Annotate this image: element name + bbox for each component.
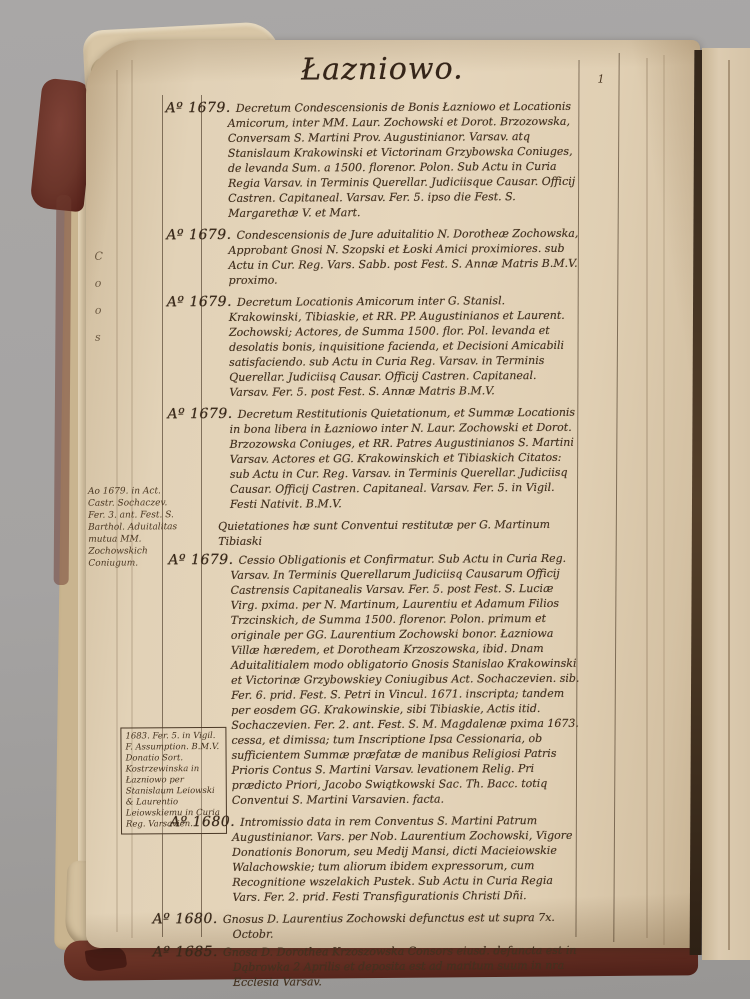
entry-text: Gnosus D. Laurentius Zochowski defunctus… [223,911,555,941]
edge-mark: C [94,250,110,263]
entry-text: Quietationes hæ sunt Conventui restitutæ… [218,518,550,548]
manuscript-entry: Aº 1679.Condescensionis de Jure aduitali… [166,226,578,289]
stray-ink-mark: 1 [597,73,604,86]
entry-year-label: Aº 1680. [170,814,235,830]
manuscript-entry: Aº 1679.Cessio Obligationis et Confirmat… [168,551,582,809]
manuscript-entry: Aº 1679.Decretum Restitutionis Quietatio… [167,405,580,513]
entry-year-label: Aº 1679. [166,227,231,243]
entry-text: Decretum Condescensionis de Bonis Łaznio… [228,100,576,220]
entry-year-label: Aº 1679. [166,100,231,116]
manuscript-entry: Aº 1679.Decretum Locationis Amicorum int… [167,293,580,401]
manuscript-photo: Łazniowo. 1 C o o s Ao 1679. in Act. Cas… [0,0,750,999]
entry-text: Gnosa D. Dorothea Krzoszowska Consors ei… [223,944,577,989]
page-edge-marks: C o o s [94,250,111,344]
entry-text: Condescensionis de Jure aduitalitio N. D… [228,227,578,287]
manuscript-entry: Aº 1679.Decretum Condescensionis de Boni… [166,99,579,222]
manuscript-entry: Aº 1680.Gnosus D. Laurentius Zochowski d… [171,910,583,943]
edge-mark: o [95,277,111,290]
manuscript-entry: Aº 1680.Intromissio data in rem Conventu… [170,813,583,906]
entries-column: Aº 1679.Decretum Condescensionis de Boni… [166,99,583,994]
margin-note-aduitalitas: Ao 1679. in Act. Castr. Sochaczev. Fer. … [88,485,179,570]
entry-year-label: Aº 1679. [167,406,232,422]
entry-year-label: Aº 1679. [167,294,232,310]
entry-year-label: Aº 1679. [168,552,233,568]
edge-mark: s [95,331,111,344]
entry-text: Intromissio data in rem Conventus S. Mar… [232,814,573,904]
page-title: Łazniowo. [232,51,532,88]
entry-text: Cessio Obligationis et Confirmatur. Sub … [230,552,579,807]
handwriting-layer: Łazniowo. 1 C o o s Ao 1679. in Act. Cas… [0,0,750,999]
entry-year-label: Aº 1685. [153,944,218,960]
entry-year-label: Aº 1680. [153,911,218,927]
manuscript-entry-quietationes: Quietationes hæ sunt Conventui restitutæ… [168,517,580,550]
entry-text: Decretum Locationis Amicorum inter G. St… [229,294,565,399]
entry-text: Decretum Restitutionis Quietationum, et … [230,406,576,511]
edge-mark: o [95,304,111,317]
manuscript-entry: Aº 1685.Gnosa D. Dorothea Krzoszowska Co… [171,943,583,991]
